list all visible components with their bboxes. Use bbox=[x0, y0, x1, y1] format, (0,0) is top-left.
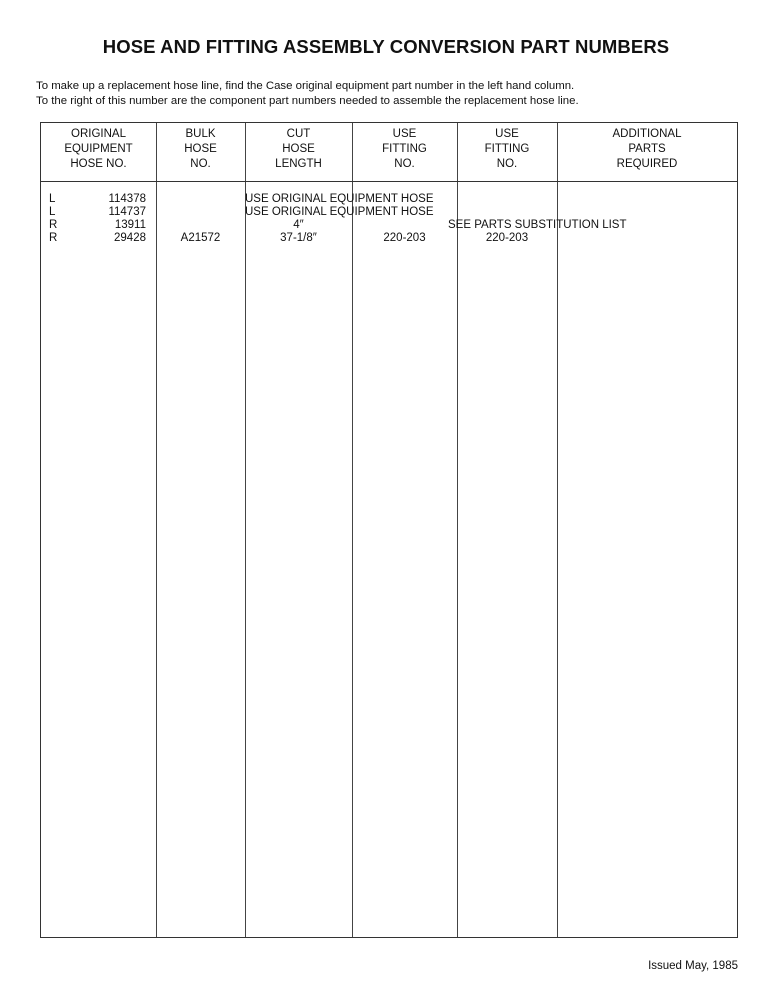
header-use-fitting-2: USE FITTING NO. bbox=[457, 127, 557, 181]
header-line: FITTING bbox=[352, 142, 457, 157]
header-line: PARTS bbox=[557, 142, 737, 157]
header-line: LENGTH bbox=[245, 157, 352, 172]
cut-hose-length: 4″ bbox=[245, 219, 352, 232]
page-title: HOSE AND FITTING ASSEMBLY CONVERSION PAR… bbox=[0, 36, 772, 58]
header-line: ORIGINAL bbox=[41, 127, 156, 142]
table-row: L 114378 USE ORIGINAL EQUIPMENT HOSE bbox=[41, 193, 737, 206]
table-row: R 13911 4″ SEE PARTS SUBSTITUTION LIST bbox=[41, 219, 737, 232]
header-line: HOSE NO. bbox=[41, 157, 156, 172]
header-line: FITTING bbox=[457, 142, 557, 157]
column-divider bbox=[457, 123, 458, 937]
header-line: NO. bbox=[352, 157, 457, 172]
header-line: USE bbox=[352, 127, 457, 142]
header-cut-hose-length: CUT HOSE LENGTH bbox=[245, 127, 352, 181]
header-use-fitting-1: USE FITTING NO. bbox=[352, 127, 457, 181]
column-divider bbox=[352, 123, 353, 937]
original-hose-no: 29428 bbox=[41, 232, 146, 245]
table-row: R 29428 A21572 37-1/8″ 220-203 220-203 bbox=[41, 232, 737, 245]
header-original-hose-no: ORIGINAL EQUIPMENT HOSE NO. bbox=[41, 127, 156, 181]
original-hose-no: 13911 bbox=[41, 219, 146, 232]
header-line: CUT bbox=[245, 127, 352, 142]
issued-date: Issued May, 1985 bbox=[648, 960, 738, 972]
use-fitting-1: 220-203 bbox=[352, 232, 457, 245]
bulk-hose-no: A21572 bbox=[156, 232, 245, 245]
header-line: USE bbox=[457, 127, 557, 142]
conversion-table: ORIGINAL EQUIPMENT HOSE NO. BULK HOSE NO… bbox=[40, 122, 738, 938]
header-line: BULK bbox=[156, 127, 245, 142]
use-fitting-2: 220-203 bbox=[457, 232, 557, 245]
header-line: NO. bbox=[457, 157, 557, 172]
original-hose-no: 114737 bbox=[41, 206, 146, 219]
row-note: SEE PARTS SUBSTITUTION LIST bbox=[448, 219, 627, 232]
intro-text: To make up a replacement hose line, find… bbox=[36, 79, 766, 109]
column-divider bbox=[156, 123, 157, 937]
header-line: ADDITIONAL bbox=[557, 127, 737, 142]
row-note: USE ORIGINAL EQUIPMENT HOSE bbox=[245, 193, 434, 206]
cut-hose-length: 37-1/8″ bbox=[245, 232, 352, 245]
header-line: NO. bbox=[156, 157, 245, 172]
header-line: HOSE bbox=[156, 142, 245, 157]
intro-line-1: To make up a replacement hose line, find… bbox=[36, 79, 766, 94]
header-divider bbox=[41, 181, 737, 182]
header-line: EQUIPMENT bbox=[41, 142, 156, 157]
column-divider bbox=[557, 123, 558, 937]
intro-line-2: To the right of this number are the comp… bbox=[36, 94, 766, 109]
header-line: HOSE bbox=[245, 142, 352, 157]
column-divider bbox=[245, 123, 246, 937]
table-row: L 114737 USE ORIGINAL EQUIPMENT HOSE bbox=[41, 206, 737, 219]
header-additional-parts: ADDITIONAL PARTS REQUIRED bbox=[557, 127, 737, 181]
original-hose-no: 114378 bbox=[41, 193, 146, 206]
header-line: REQUIRED bbox=[557, 157, 737, 172]
header-bulk-hose-no: BULK HOSE NO. bbox=[156, 127, 245, 181]
row-note: USE ORIGINAL EQUIPMENT HOSE bbox=[245, 206, 434, 219]
